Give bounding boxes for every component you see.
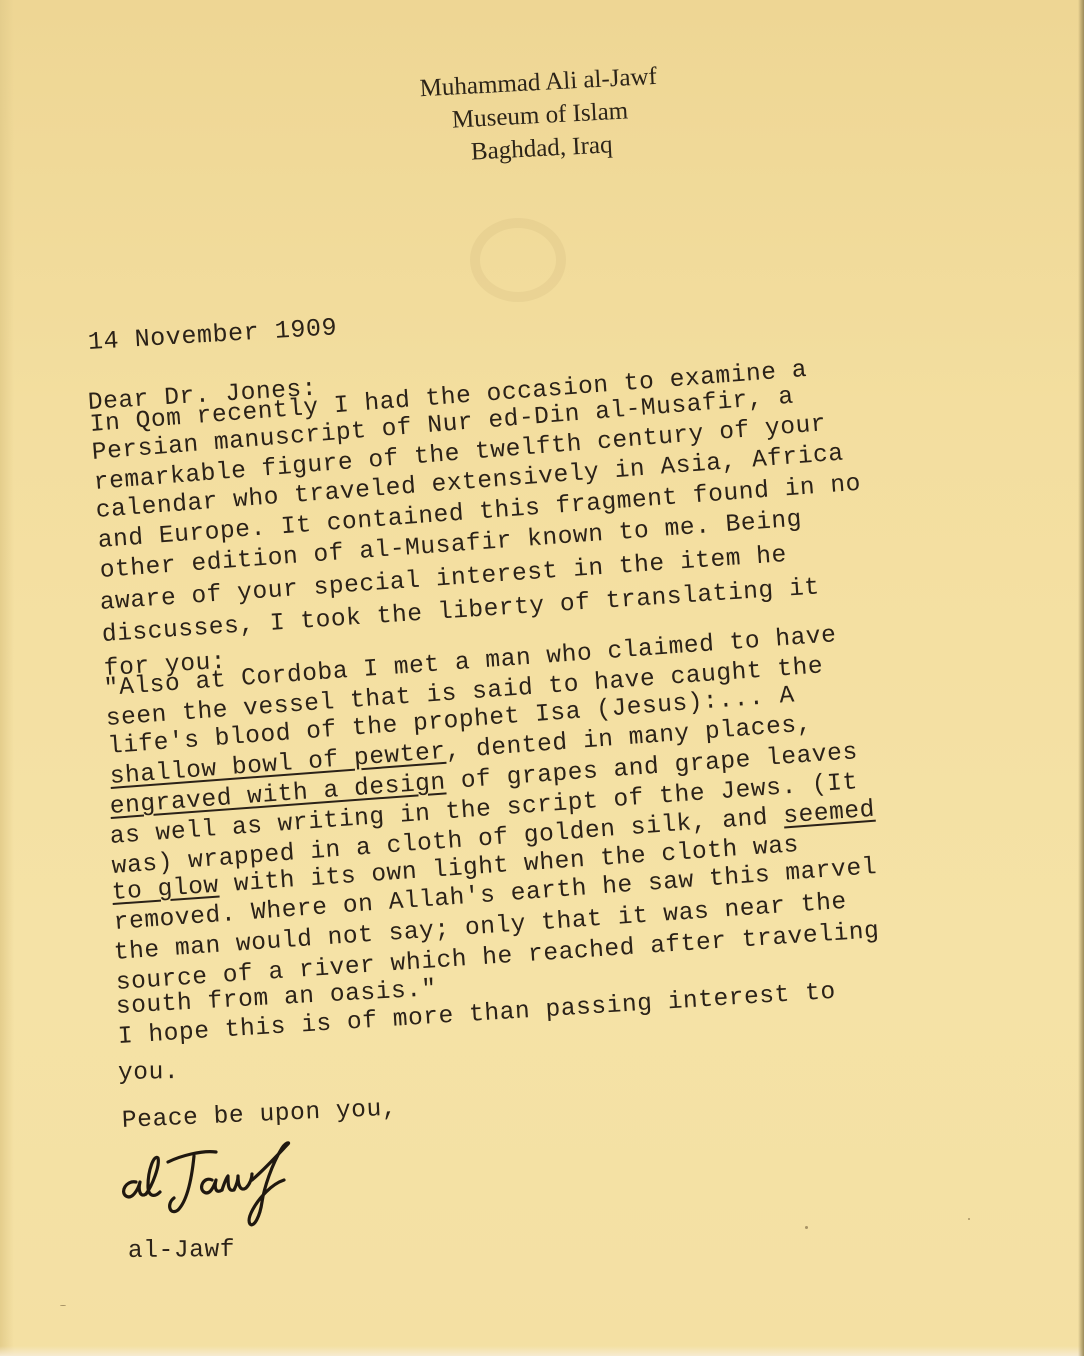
paper-speck <box>60 1305 66 1306</box>
letter-text: 14 November 1909 Dear Dr. Jones: In Qom … <box>0 0 61 1161</box>
underlined-phrase: seemed <box>782 797 876 831</box>
show-through-emblem <box>470 218 566 302</box>
closing-line: you. <box>118 1059 180 1087</box>
valediction: Peace be upon you, <box>121 1096 397 1135</box>
letter-page: ​ ​ Muhammad Ali al-Jawf Museum of Islam… <box>0 0 1084 1356</box>
letter-date: 14 November 1909 <box>87 313 338 357</box>
paper-speck <box>968 1218 970 1220</box>
handwritten-signature <box>116 1140 326 1240</box>
paper-bottom-edge <box>0 1346 1084 1356</box>
paper-speck <box>805 1226 808 1229</box>
letterhead: Muhammad Ali al-Jawf Museum of Islam Bag… <box>378 58 703 174</box>
typed-signature: al-Jawf <box>128 1237 235 1265</box>
show-through-block: ​ <box>40 230 220 244</box>
